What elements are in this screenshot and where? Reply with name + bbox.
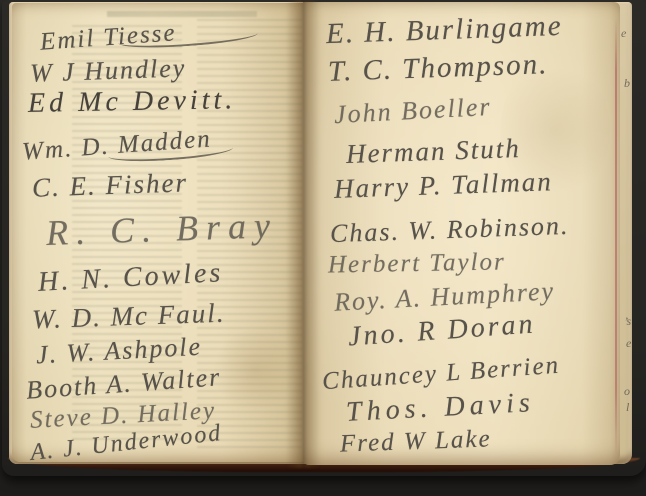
photograph-of-open-autograph-book: Emil Tiesse W J Hundley Ed Mc Devitt. Wm… [0, 0, 646, 496]
margin-mark: ’s [624, 314, 631, 329]
signature-line: C. E. Fisher [32, 167, 189, 203]
printed-heading-showthrough [107, 11, 257, 17]
signature-line: Herbert Taylor [328, 248, 506, 279]
margin-mark: b [624, 76, 630, 91]
red-margin-line [615, 18, 617, 456]
page-stain [210, 330, 300, 410]
book-gutter-shadow [286, 0, 320, 468]
margin-mark: o [624, 384, 630, 399]
signature-line: W J Hundley [30, 53, 187, 88]
margin-mark: e [621, 26, 626, 41]
signature-line: R. C. Bray [45, 204, 278, 254]
signature-line: Fred W Lake [340, 425, 492, 458]
signature-line: Herman Stuth [346, 133, 522, 170]
margin-mark: e [626, 336, 631, 351]
margin-mark: l [626, 400, 629, 415]
signature-line: Ed Mc Devitt. [28, 84, 237, 120]
